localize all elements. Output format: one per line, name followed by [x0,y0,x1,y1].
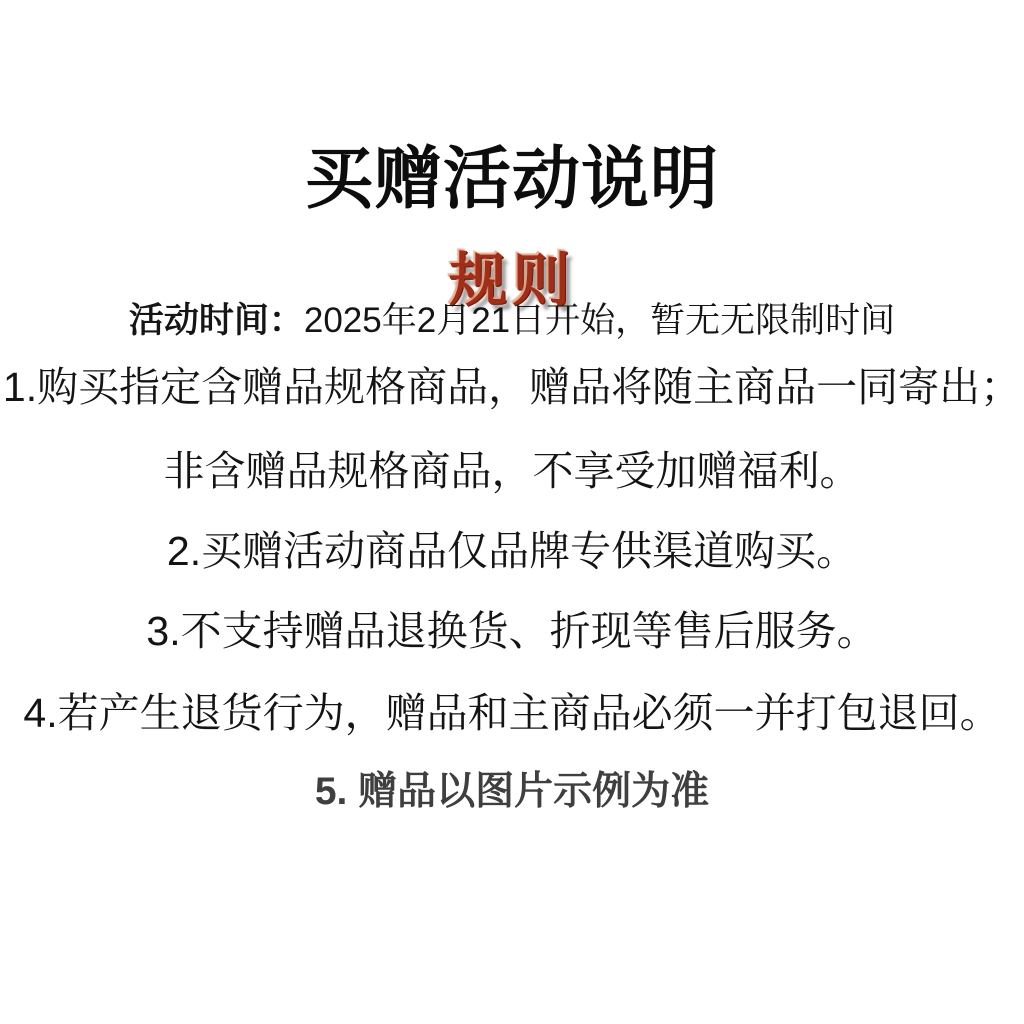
rule-item-2: 2.买赠活动商品仅品牌专供渠道购买。 [0,528,1024,575]
buy-gift-notice-page: 买赠活动说明 规则 活动时间：2025年2月21日开始，暂无无限制时间 1.购买… [0,0,1024,1024]
rule-item-1-continued: 非含赠品规格商品，不享受加赠福利。 [0,448,1024,495]
activity-time-value: 2025年2月21日开始，暂无无限制时间 [304,301,895,340]
rule-item-1: 1.购买指定含赠品规格商品，赠品将随主商品一同寄出； [0,364,1024,411]
rule-item-5: 5. 赠品以图片示例为准 [0,770,1024,815]
rule-item-4: 4.若产生退货行为，赠品和主商品必须一并打包退回。 [0,690,1024,737]
rule-item-3: 3.不支持赠品退换货、折现等售后服务。 [0,608,1024,655]
activity-time: 活动时间：2025年2月21日开始，暂无无限制时间 [0,301,1024,341]
page-title: 买赠活动说明 [0,140,1024,218]
activity-time-label: 活动时间： [129,301,304,340]
